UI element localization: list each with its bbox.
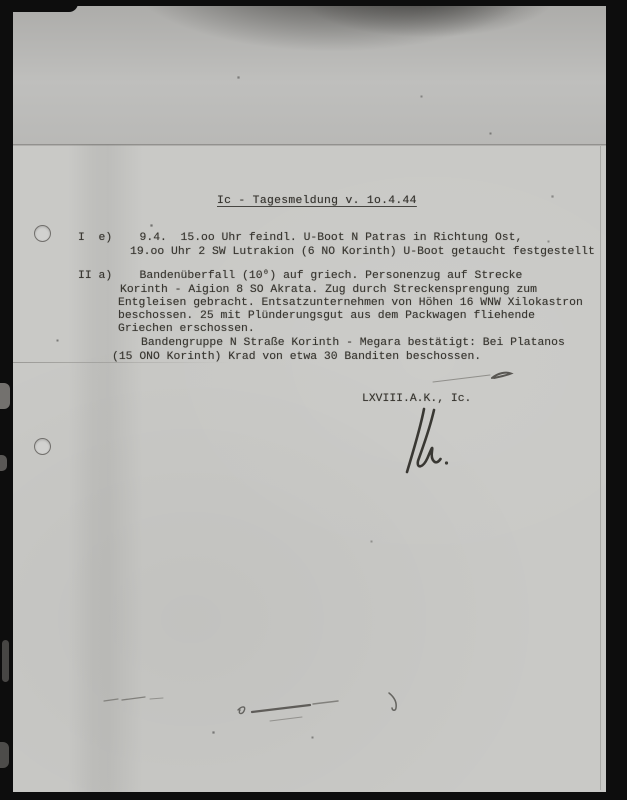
film-edge-blotch	[0, 455, 7, 471]
paper-right-edge-line	[600, 146, 601, 790]
punch-hole-bottom	[34, 438, 51, 455]
page-edge-line	[13, 144, 606, 146]
scanned-document-frame: Ic - Tagesmeldung v. 1o.4.44 I e) 9.4. 1…	[0, 0, 627, 800]
document-title: Ic - Tagesmeldung v. 1o.4.44	[217, 195, 417, 207]
report-line: 19.oo Uhr 2 SW Lutrakion (6 NO Korinth) …	[130, 246, 595, 258]
paper-previous-page-strip	[13, 6, 606, 144]
report-line: Griechen erschossen.	[118, 323, 255, 335]
report-line: (15 ONO Korinth) Krad von etwa 30 Bandit…	[112, 351, 481, 363]
dust-specks	[0, 0, 1, 1]
film-edge-blotch	[2, 640, 9, 682]
report-line: beschossen. 25 mit Plünderungsgut aus de…	[118, 310, 535, 322]
report-line: Korinth - Aigion 8 SO Akrata. Zug durch …	[120, 284, 537, 296]
report-line-entry-1e: I e) 9.4. 15.oo Uhr feindl. U-Boot N Pat…	[78, 232, 522, 244]
report-line: Bandengruppe N Straße Korinth - Megara b…	[141, 337, 565, 349]
signature-unit-label: LXVIII.A.K., Ic.	[362, 393, 471, 405]
punch-hole-top	[34, 225, 51, 242]
film-edge-blotch	[0, 383, 10, 409]
report-line-entry-2a: II a) Bandenüberfall (10⁰) auf griech. P…	[78, 270, 522, 282]
film-border-top-left	[0, 0, 78, 12]
film-edge-blotch	[0, 742, 9, 768]
report-line: Entgleisen gebracht. Entsatzunternehmen …	[118, 297, 583, 309]
